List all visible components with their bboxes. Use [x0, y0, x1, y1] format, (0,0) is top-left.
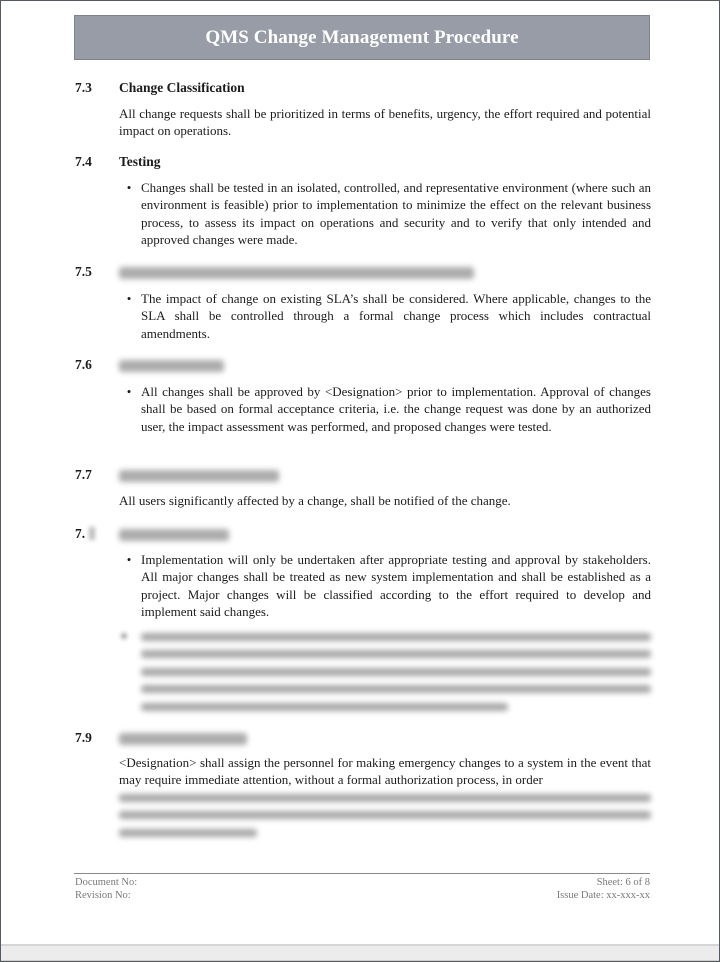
document-title: QMS Change Management Procedure: [205, 27, 518, 49]
section-title: Testing: [119, 154, 161, 170]
bullet-text: The impact of change on existing SLA’s s…: [141, 290, 651, 342]
section-title: Change Classification: [119, 80, 245, 96]
section-body: All users significantly affected by a ch…: [119, 492, 651, 509]
page-bottom-strip: [1, 944, 719, 961]
section-body: All change requests shall be prioritized…: [119, 105, 651, 140]
bullet-icon: •: [119, 290, 139, 307]
bullet-icon: •: [119, 179, 139, 196]
redacted-paragraph: [119, 794, 651, 846]
section-title-redacted: [119, 470, 279, 482]
section-title-redacted: [119, 360, 224, 372]
section-number-redacted: [89, 527, 95, 540]
section-number: 7.5: [75, 264, 92, 280]
footer-divider: [74, 873, 650, 874]
bullet-text: Implementation will only be undertaken a…: [141, 551, 651, 621]
footer-document-no: Document No:: [75, 876, 137, 889]
section-number: 7.3: [75, 80, 92, 96]
footer-revision-no: Revision No:: [75, 889, 131, 902]
bullet-icon: •: [119, 551, 139, 568]
footer-issue-date: Issue Date: xx-xxx-xx: [557, 889, 650, 902]
document-header-bar: QMS Change Management Procedure: [74, 15, 650, 60]
section-title-redacted: [119, 267, 474, 279]
bullet-text: All changes shall be approved by <Design…: [141, 383, 651, 435]
bullet-text: Changes shall be tested in an isolated, …: [141, 179, 651, 249]
section-number: 7.9: [75, 730, 92, 746]
section-title-redacted: [119, 733, 247, 745]
section-body: <Designation> shall assign the personnel…: [119, 754, 651, 789]
footer-sheet: Sheet: 6 of 8: [597, 876, 650, 889]
section-title-redacted: [119, 529, 229, 541]
section-number: 7.4: [75, 154, 92, 170]
section-number: 7.7: [75, 467, 92, 483]
bullet-icon: •: [119, 383, 139, 400]
section-number: 7.: [75, 526, 85, 542]
section-number: 7.6: [75, 357, 92, 373]
